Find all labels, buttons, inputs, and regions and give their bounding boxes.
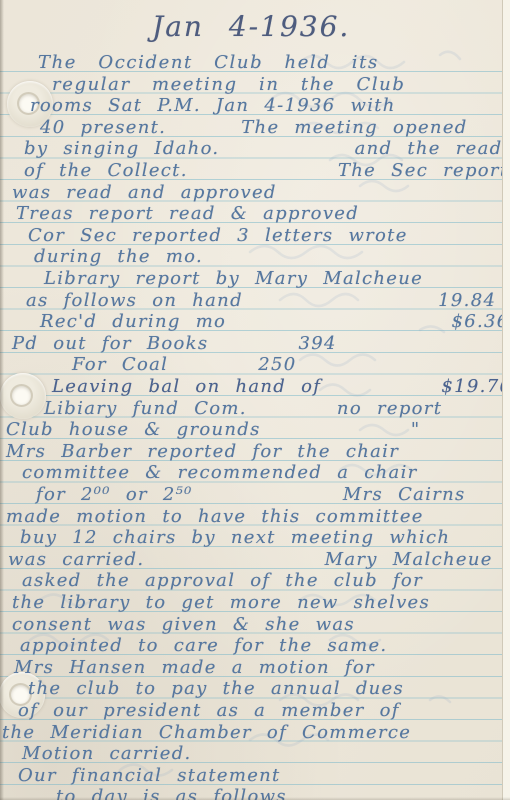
handwritten-line: 40 present. The meeting opened [40, 117, 468, 138]
handwritten-line: The Occident Club held its [38, 52, 379, 73]
handwritten-line: by singing Idaho. and the reading [24, 138, 510, 159]
handwritten-line: of the Collect. The Sec report [24, 160, 508, 181]
handwritten-line: Motion carried. [22, 743, 192, 764]
handwritten-line: Club house & grounds " " [6, 419, 510, 440]
handwritten-line: Cor Sec reported 3 letters wrote [28, 225, 408, 246]
scanned-notebook-page: Jan 4-1936. The Occident Club held its r… [0, 0, 510, 800]
handwritten-line: committee & recommended a chair [22, 462, 418, 483]
scan-edge-left [0, 0, 4, 800]
handwritten-line: was carried. Mary Malcheue [8, 549, 493, 570]
handwritten-line: asked the approval of the club for [22, 570, 423, 591]
scan-edge-right [502, 0, 510, 800]
punch-hole [0, 373, 46, 419]
handwritten-line: Mrs Barber reported for the chair [6, 441, 399, 462]
handwritten-line: Mrs Hansen made a motion for [14, 657, 375, 678]
date-heading: Jan 4-1936. [152, 10, 350, 43]
handwritten-line: for 2⁰⁰ or 2⁵⁰ Mrs Cairns [36, 484, 466, 505]
handwritten-line: the Meridian Chamber of Commerce [2, 722, 411, 743]
handwritten-line: appointed to care for the same. [20, 635, 387, 656]
handwritten-line: consent was given & she was [12, 614, 355, 635]
handwritten-line: during the mo. [34, 246, 203, 267]
handwritten-line: Rec'd during mo $6.36. [40, 311, 510, 332]
handwritten-line: buy 12 chairs by next meeting which [20, 527, 450, 548]
handwritten-line: For Coal 250 [72, 354, 297, 375]
handwritten-line: as follows on hand 19.84 [26, 290, 496, 311]
handwritten-line: regular meeting in the Club [52, 74, 406, 95]
handwritten-line: of our president as a member of [18, 700, 400, 721]
handwritten-line: Treas report read & approved [16, 203, 359, 224]
handwritten-line: Pd out for Books 394 [12, 333, 337, 354]
handwritten-line: Library report by Mary Malcheue [44, 268, 423, 289]
handwritten-line: was read and approved [12, 182, 277, 203]
handwritten-line: Leaving bal on hand of $19.76 [52, 376, 510, 397]
handwritten-line: Our financial statement [18, 765, 281, 786]
handwritten-line: Libiary fund Com. no report [44, 398, 442, 419]
handwritten-line: the club to pay the annual dues [28, 678, 404, 699]
handwritten-line: rooms Sat P.M. Jan 4-1936 with [30, 95, 396, 116]
handwritten-line: the library to get more new shelves [12, 592, 430, 613]
handwritten-line: made motion to have this committee [6, 506, 424, 527]
